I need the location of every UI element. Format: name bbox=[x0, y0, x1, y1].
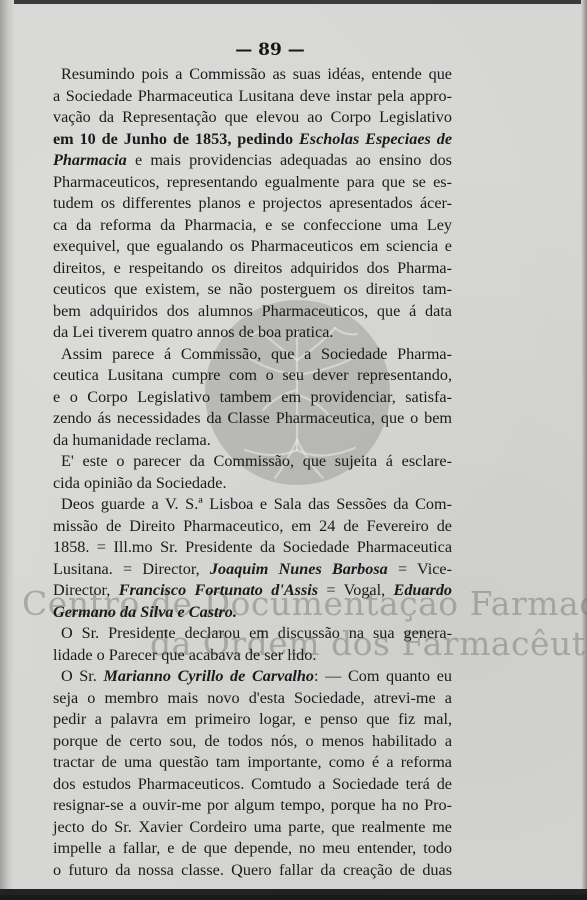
text-line: ceutica Lusitana cumpre com o seu dever … bbox=[53, 365, 452, 387]
text-line: O Sr. Presidente declarou em discussão n… bbox=[53, 623, 452, 645]
page-top-edge bbox=[0, 0, 587, 4]
text-line: zendo ás necessidades da Classe Pharmace… bbox=[53, 408, 452, 430]
text-segment: ceutica Lusitana cumpre com o seu dever … bbox=[53, 366, 452, 384]
text-segment: impelle a fallar, e de que depende, no m… bbox=[53, 839, 452, 857]
text-segment: Pharmaceuticos, representando egualmente… bbox=[53, 173, 452, 191]
text-line: Assim parece á Commissão, que a Sociedad… bbox=[53, 344, 452, 366]
text-line: dos estudos Pharmaceuticos. Comtudo a So… bbox=[53, 774, 452, 796]
text-line: pedir a palavra em primeiro logar, e pen… bbox=[53, 709, 452, 731]
text-segment: = Vogal, bbox=[318, 581, 393, 599]
text-line: Pharmaceuticos, representando egualmente… bbox=[53, 172, 452, 194]
page-bottom-edge bbox=[0, 889, 587, 895]
text-line: Director, Francisco Fortunato d'Assis = … bbox=[53, 580, 452, 602]
text-line: ca da reforma da Pharmacia, e se confecc… bbox=[53, 215, 452, 237]
text-segment: da Lei tiverem quatro annos de boa prati… bbox=[53, 323, 333, 341]
text-segment: E' este o parecer da Commissão, que suje… bbox=[61, 452, 452, 470]
text-line: tractar de uma questão tam importante, c… bbox=[53, 752, 452, 774]
text-segment: exequivel, que egualando os Pharmaceutic… bbox=[53, 237, 452, 255]
text-line: Pharmacia e mais providencias adequadas … bbox=[53, 150, 452, 172]
text-segment: Deos guarde a V. S.ª Lisboa e Sala das S… bbox=[61, 495, 452, 513]
text-line: da humanidade reclama. bbox=[53, 430, 452, 452]
text-segment: : — Com quanto eu bbox=[314, 667, 452, 685]
text-segment: tractar de uma questão tam importante, c… bbox=[53, 753, 452, 771]
text-segment: direitos, e respeitando os direitos adqu… bbox=[53, 259, 452, 277]
text-line: e o Corpo Legislativo tambem em providen… bbox=[53, 387, 452, 409]
italic-text: Francisco Fortunato d'Assis bbox=[119, 581, 318, 599]
text-line: direitos, e respeitando os direitos adqu… bbox=[53, 258, 452, 280]
text-line: cida opinião da Sociedade. bbox=[53, 473, 452, 495]
text-segment: missão de Direito Pharmaceutico, em 24 d… bbox=[53, 517, 452, 535]
text-line: 1858. = Ill.mo Sr. Presidente da Socieda… bbox=[53, 537, 452, 559]
text-segment: dos estudos Pharmaceuticos. Comtudo a So… bbox=[53, 775, 452, 793]
text-segment: pedir a palavra em primeiro logar, e pen… bbox=[53, 710, 452, 728]
text-line: impelle a fallar, e de que depende, no m… bbox=[53, 838, 452, 860]
text-line: Germano da Silva e Castro. bbox=[53, 602, 452, 624]
text-segment: ceuticos que existem, se não posterguem … bbox=[53, 280, 452, 298]
text-segment: cida opinião da Sociedade. bbox=[53, 474, 227, 492]
text-segment: = Vice- bbox=[388, 560, 452, 578]
text-line: em 10 de Junho de 1853, pedindo Escholas… bbox=[53, 129, 452, 151]
text-segment: lidade o Parecer que acabava de ser lido… bbox=[53, 646, 316, 664]
text-line: Lusitana. = Director, Joaquim Nunes Barb… bbox=[53, 559, 452, 581]
page-binding-edge bbox=[0, 0, 14, 895]
text-segment: e mais providencias adequadas ao ensino … bbox=[127, 151, 452, 169]
text-segment: 1858. = Ill.mo Sr. Presidente da Socieda… bbox=[53, 538, 452, 556]
text-segment: da humanidade reclama. bbox=[53, 431, 211, 449]
text-segment: O Sr. Presidente declarou em discussão n… bbox=[61, 624, 452, 642]
page-right-edge bbox=[581, 0, 587, 895]
text-line: Deos guarde a V. S.ª Lisboa e Sala das S… bbox=[53, 494, 452, 516]
text-line: missão de Direito Pharmaceutico, em 24 d… bbox=[53, 516, 452, 538]
text-segment: porque de certo sou, de todos nós, o men… bbox=[53, 732, 452, 750]
page-number: — 89 — bbox=[0, 40, 540, 60]
text-line: o futuro da nossa classe. Quero fallar d… bbox=[53, 860, 452, 882]
text-segment: o futuro da nossa classe. Quero fallar d… bbox=[53, 861, 452, 879]
text-segment: em 10 de Junho de 1853, pedindo bbox=[53, 130, 299, 148]
text-line: ceuticos que existem, se não posterguem … bbox=[53, 279, 452, 301]
italic-text: Pharmacia bbox=[53, 151, 127, 169]
text-segment: jecto do Sr. Xavier Cordeiro uma parte, … bbox=[53, 818, 452, 836]
text-segment: e o Corpo Legislativo tambem em providen… bbox=[53, 388, 452, 406]
text-segment: zendo ás necessidades da Classe Pharmace… bbox=[53, 409, 452, 427]
text-segment: Resumindo pois a Commissão as suas idéas… bbox=[61, 65, 452, 83]
text-line: resignar-se a ouvir-me por algum tempo, … bbox=[53, 795, 452, 817]
text-segment: O Sr. bbox=[61, 667, 103, 685]
text-line: Resumindo pois a Commissão as suas idéas… bbox=[53, 64, 452, 86]
italic-text: Joaquim Nunes Barbosa bbox=[210, 560, 388, 578]
text-line: tudem os differentes planos e projectos … bbox=[53, 193, 452, 215]
text-line: O Sr. Marianno Cyrillo de Carvalho: — Co… bbox=[53, 666, 452, 688]
text-segment: Assim parece á Commissão, que a Sociedad… bbox=[61, 345, 452, 363]
text-line: porque de certo sou, de todos nós, o men… bbox=[53, 731, 452, 753]
italic-text: Escholas Especiaes de bbox=[299, 130, 452, 148]
text-segment: bem adquiridos dos alumnos Pharmaceutico… bbox=[53, 302, 452, 320]
italic-text: Marianno Cyrillo de Carvalho bbox=[103, 667, 314, 685]
body-text: Resumindo pois a Commissão as suas idéas… bbox=[53, 64, 452, 881]
text-segment: Lusitana. = Director, bbox=[53, 560, 210, 578]
text-line: E' este o parecer da Commissão, que suje… bbox=[53, 451, 452, 473]
text-line: a Sociedade Pharmaceutica Lusitana deve … bbox=[53, 86, 452, 108]
text-line: seja o membro mais novo d'esta Sociedade… bbox=[53, 688, 452, 710]
text-segment: tudem os differentes planos e projectos … bbox=[53, 194, 452, 212]
text-line: da Lei tiverem quatro annos de boa prati… bbox=[53, 322, 452, 344]
text-segment: a Sociedade Pharmaceutica Lusitana deve … bbox=[53, 87, 452, 105]
scanned-page: Centro de Documentação Farmacêutica da O… bbox=[0, 0, 587, 895]
text-line: exequivel, que egualando os Pharmaceutic… bbox=[53, 236, 452, 258]
text-segment: seja o membro mais novo d'esta Sociedade… bbox=[53, 689, 452, 707]
italic-text: Germano da Silva e Castro. bbox=[53, 603, 237, 621]
text-line: vação da Representação que elevou ao Cor… bbox=[53, 107, 452, 129]
text-line: lidade o Parecer que acabava de ser lido… bbox=[53, 645, 452, 667]
text-segment: resignar-se a ouvir-me por algum tempo, … bbox=[53, 796, 452, 814]
text-segment: vação da Representação que elevou ao Cor… bbox=[53, 108, 452, 126]
italic-text: Eduardo bbox=[394, 581, 452, 599]
text-line: jecto do Sr. Xavier Cordeiro uma parte, … bbox=[53, 817, 452, 839]
text-segment: Director, bbox=[53, 581, 119, 599]
text-segment: ca da reforma da Pharmacia, e se confecc… bbox=[53, 216, 452, 234]
text-line: bem adquiridos dos alumnos Pharmaceutico… bbox=[53, 301, 452, 323]
